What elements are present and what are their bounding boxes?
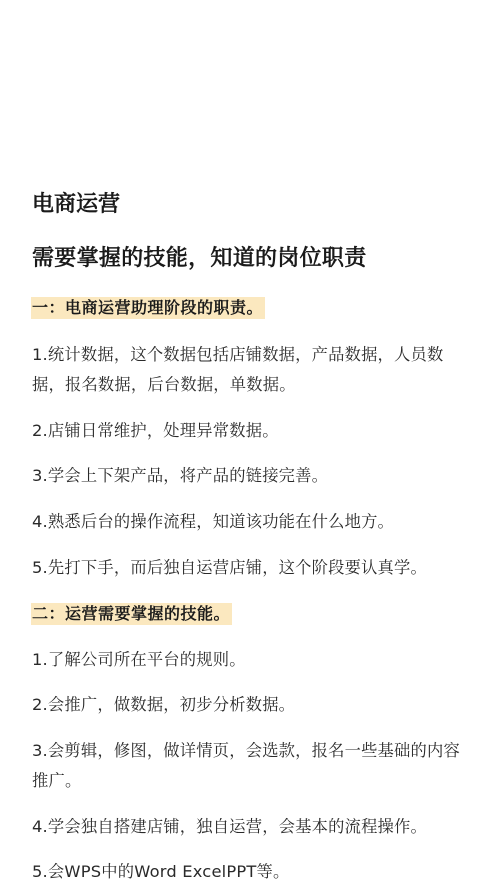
section-heading: 二：运营需要掌握的技能。 (31, 603, 232, 625)
page-subtitle: 需要掌握的技能，知道的岗位职责 (32, 244, 367, 274)
list-item: 5.会WPS中的Word ExcelPPT等。 (32, 857, 462, 887)
list-item: 1.统计数据，这个数据包括店铺数据，产品数据，人员数据，报名数据，后台数据，单数… (32, 340, 462, 400)
page-title: 电商运营 (32, 190, 120, 220)
list-item: 2.会推广，做数据，初步分析数据。 (32, 690, 462, 720)
list-item: 3.学会上下架产品，将产品的链接完善。 (32, 461, 462, 491)
section-heading: 一：电商运营助理阶段的职责。 (31, 297, 265, 319)
list-item: 4.学会独自搭建店铺，独自运营，会基本的流程操作。 (32, 812, 462, 842)
list-item: 1.了解公司所在平台的规则。 (32, 645, 462, 675)
list-item: 5.先打下手，而后独自运营店铺，这个阶段要认真学。 (32, 553, 462, 583)
list-item: 3.会剪辑，修图，做详情页，会选款，报名一些基础的内容推广。 (32, 736, 462, 796)
document-page: 电商运营 需要掌握的技能，知道的岗位职责 一：电商运营助理阶段的职责。 1.统计… (0, 0, 500, 888)
list-item: 4.熟悉后台的操作流程，知道该功能在什么地方。 (32, 507, 462, 537)
list-item: 2.店铺日常维护，处理异常数据。 (32, 416, 462, 446)
